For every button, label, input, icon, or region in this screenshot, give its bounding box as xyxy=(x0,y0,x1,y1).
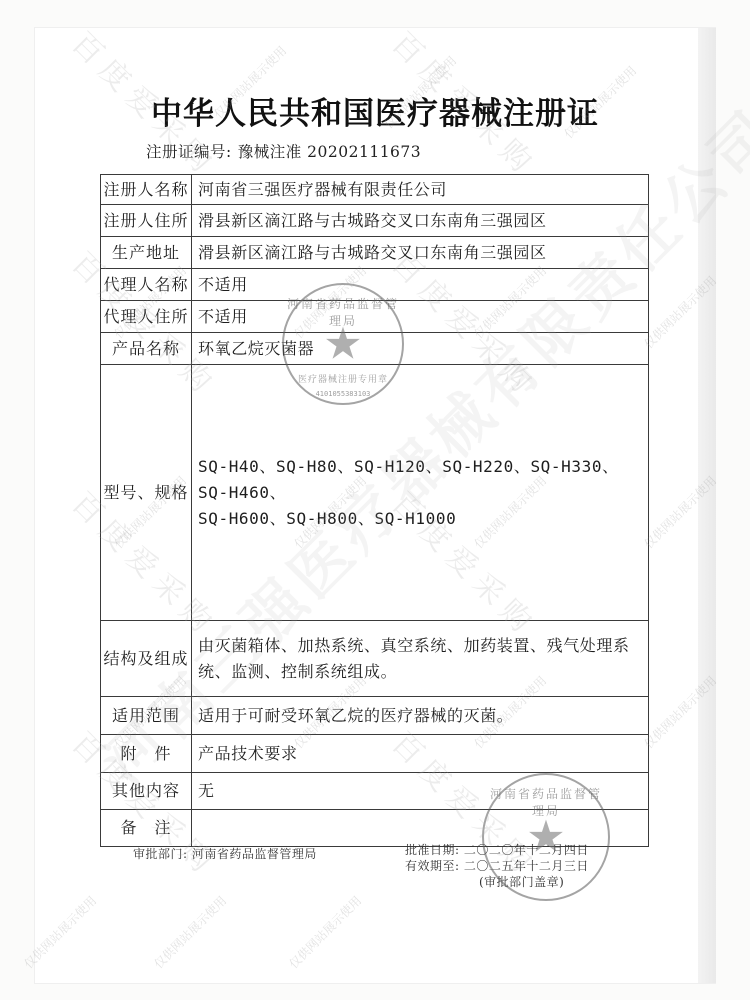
model-line: SQ-H600、SQ-H800、SQ-H1000 xyxy=(198,506,648,532)
document-title: 中华人民共和国医疗器械注册证 xyxy=(0,88,750,133)
row-value: 适用于可耐受环氧乙烷的医疗器械的灭菌。 xyxy=(192,697,649,735)
row-value: 由灭菌箱体、加热系统、真空系统、加药装置、残气处理系统、监测、控制系统组成。 xyxy=(192,621,649,697)
paper-edge-shadow xyxy=(698,28,716,983)
row-value-models: SQ-H40、SQ-H80、SQ-H120、SQ-H220、SQ-H330、SQ… xyxy=(192,365,649,621)
row-label: 型号、规格 xyxy=(101,365,192,621)
row-value: 不适用 xyxy=(192,269,649,301)
approval-dates: 批准日期: 二〇二〇年十二月四日 有效期至: 二〇二五年十二月三日 (审批部门盖… xyxy=(405,842,589,890)
row-label: 其他内容 xyxy=(101,773,192,810)
row-label: 代理人住所 xyxy=(101,301,192,333)
row-value: 滑县新区滴江路与古城路交叉口东南角三强园区 xyxy=(192,237,649,269)
table-row: 生产地址 滑县新区滴江路与古城路交叉口东南角三强园区 xyxy=(101,237,649,269)
table-row: 附 件 产品技术要求 xyxy=(101,735,649,773)
registration-number-label: 注册证编号: xyxy=(146,143,232,161)
row-value: 产品技术要求 xyxy=(192,735,649,773)
row-value: 河南省三强医疗器械有限责任公司 xyxy=(192,175,649,205)
table-row: 其他内容 无 xyxy=(101,773,649,810)
table-row: 代理人住所 不适用 xyxy=(101,301,649,333)
row-label: 备 注 xyxy=(101,810,192,847)
table-row: 代理人名称 不适用 xyxy=(101,269,649,301)
row-value: 滑县新区滴江路与古城路交叉口东南角三强园区 xyxy=(192,205,649,237)
table-row: 型号、规格 SQ-H40、SQ-H80、SQ-H120、SQ-H220、SQ-H… xyxy=(101,365,649,621)
row-label: 结构及组成 xyxy=(101,621,192,697)
table-row: 注册人住所 滑县新区滴江路与古城路交叉口东南角三强园区 xyxy=(101,205,649,237)
row-label: 附 件 xyxy=(101,735,192,773)
row-value: 无 xyxy=(192,773,649,810)
table-row: 适用范围 适用于可耐受环氧乙烷的医疗器械的灭菌。 xyxy=(101,697,649,735)
approval-department: 审批部门: 河南省药品监督管理局 xyxy=(133,845,317,862)
row-label: 产品名称 xyxy=(101,333,192,365)
row-value: 环氧乙烷灭菌器 xyxy=(192,333,649,365)
certificate-table: 注册人名称 河南省三强医疗器械有限责任公司 注册人住所 滑县新区滴江路与古城路交… xyxy=(100,174,649,847)
registration-number: 注册证编号:豫械注准 20202111673 xyxy=(146,140,421,162)
seal-note: (审批部门盖章) xyxy=(405,874,589,890)
table-row: 产品名称 环氧乙烷灭菌器 xyxy=(101,333,649,365)
table-row: 注册人名称 河南省三强医疗器械有限责任公司 xyxy=(101,175,649,205)
row-label: 生产地址 xyxy=(101,237,192,269)
table-row: 备 注 xyxy=(101,810,649,847)
row-label: 注册人名称 xyxy=(101,175,192,205)
table-row: 结构及组成 由灭菌箱体、加热系统、真空系统、加药装置、残气处理系统、监测、控制系… xyxy=(101,621,649,697)
row-value xyxy=(192,810,649,847)
approval-date: 批准日期: 二〇二〇年十二月四日 xyxy=(405,842,589,858)
registration-number-value: 豫械注准 20202111673 xyxy=(238,143,421,161)
row-label: 注册人住所 xyxy=(101,205,192,237)
row-value: 不适用 xyxy=(192,301,649,333)
row-label: 适用范围 xyxy=(101,697,192,735)
row-label: 代理人名称 xyxy=(101,269,192,301)
model-line: SQ-H40、SQ-H80、SQ-H120、SQ-H220、SQ-H330、SQ… xyxy=(198,454,648,506)
valid-until: 有效期至: 二〇二五年十二月三日 xyxy=(405,858,589,874)
